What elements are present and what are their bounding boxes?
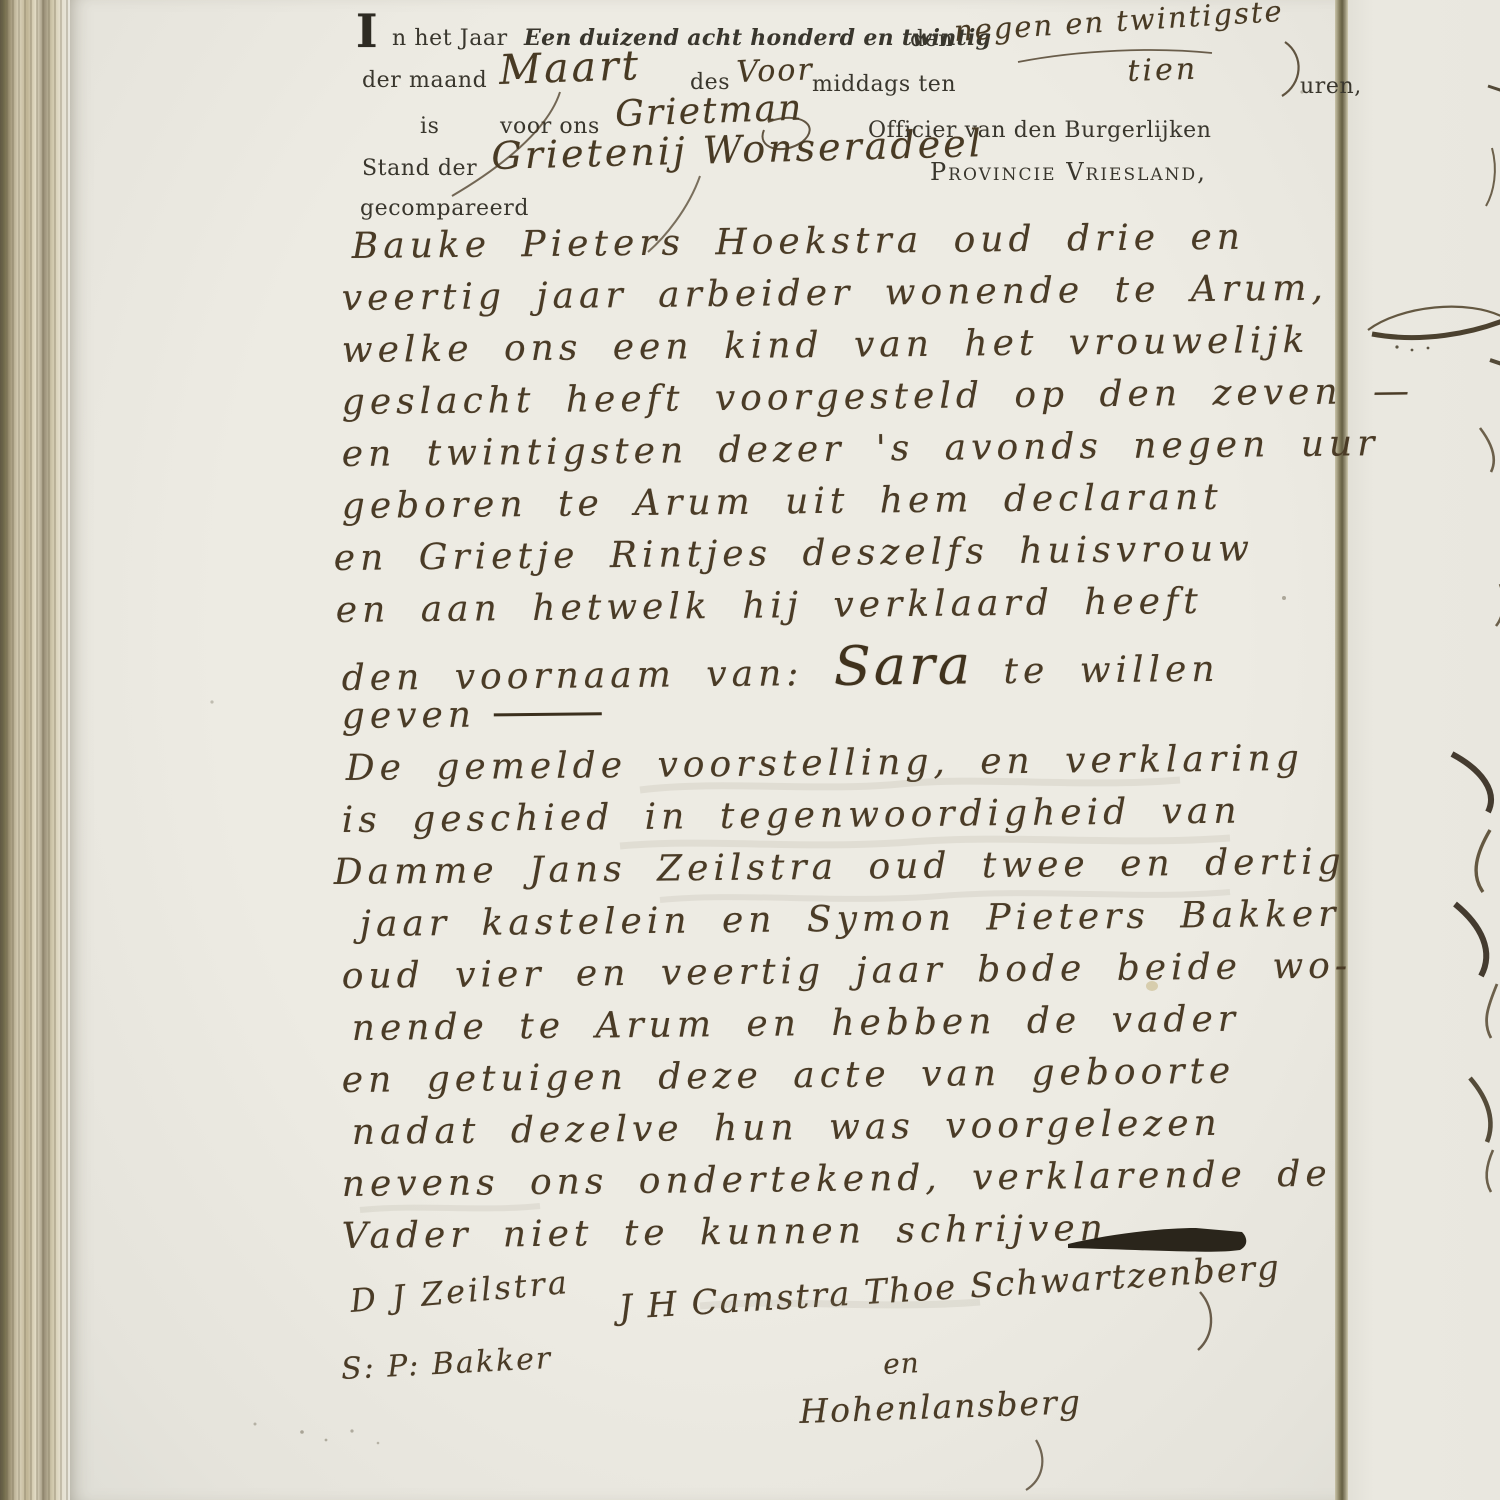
- register-book-scan: I n het Jaar Een duizend acht honderd en…: [0, 0, 1500, 1500]
- signature-official-en: en: [882, 1346, 920, 1381]
- form-line4-province: Provincie Vriesland,: [930, 158, 1207, 186]
- page-gutter: [1335, 0, 1348, 1500]
- body-name-line: den voornaam van: Sara te willen: [341, 631, 1219, 703]
- name-line-post: te willen: [1003, 649, 1219, 692]
- form-line3-is: is: [420, 114, 440, 139]
- long-dash: [494, 712, 602, 716]
- handwritten-hour: tien: [1127, 52, 1199, 89]
- book-page-edges: [0, 0, 70, 1500]
- body-geven-line: geven: [342, 693, 603, 737]
- decorative-initial: I: [356, 8, 378, 54]
- form-line5-gecompareerd: gecompareerd: [360, 196, 529, 221]
- body-line: Vader niet te kunnen schrijven: [342, 1208, 1109, 1257]
- form-line2-pre: der maand: [362, 68, 487, 93]
- facing-page-fragment: [1348, 0, 1500, 1500]
- geven-word: geven: [342, 695, 477, 737]
- form-line1-pre: n het Jaar: [392, 26, 508, 51]
- name-line-pre: den voornaam van:: [342, 653, 804, 699]
- form-line2-post: uren,: [1300, 74, 1362, 99]
- child-name: Sara: [833, 633, 973, 697]
- form-line2-mid: middags ten: [812, 72, 956, 97]
- form-line4-pre: Stand der: [362, 156, 477, 181]
- form-line1-den: den: [910, 27, 953, 52]
- handwritten-daypart: Voor: [736, 52, 815, 90]
- handwritten-month: Maart: [498, 41, 642, 94]
